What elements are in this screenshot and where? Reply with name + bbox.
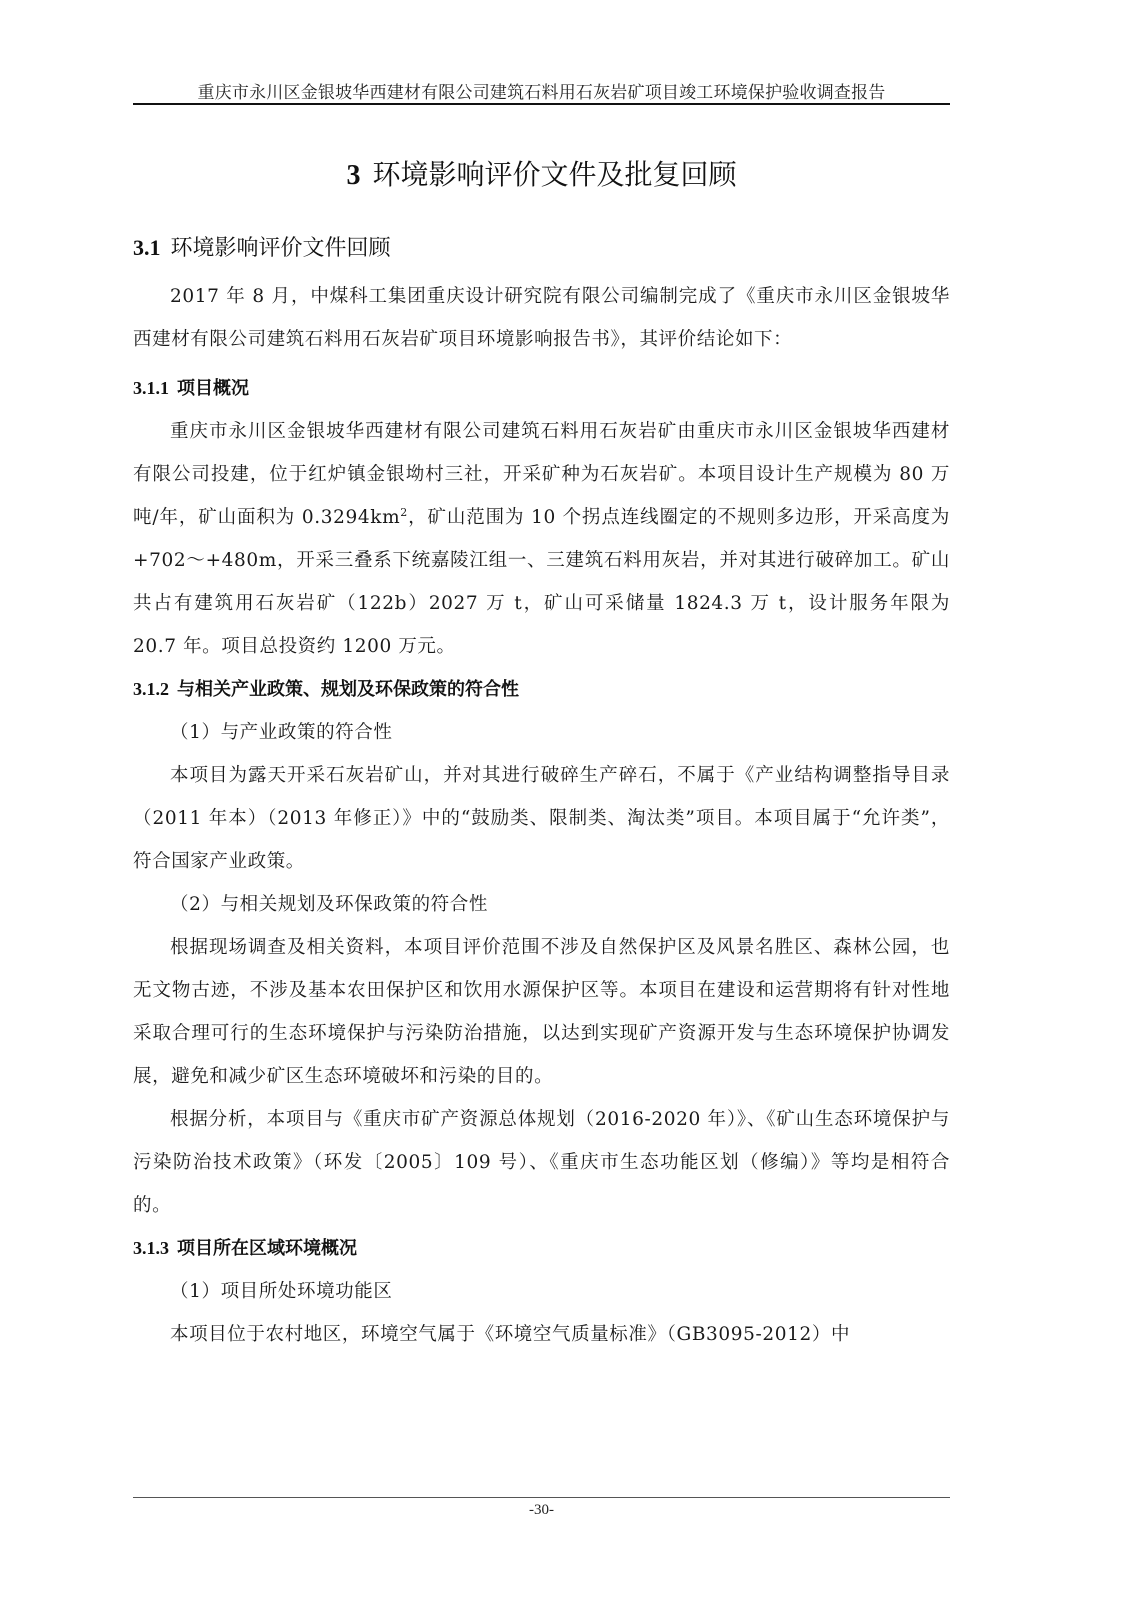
section-3-1-title: 3.1环境影响评价文件回顾 [133, 230, 950, 267]
chapter-title-text: 环境影响评价文件及批复回顾 [372, 158, 736, 191]
header-divider [133, 103, 950, 105]
page-number: -30- [133, 1502, 950, 1519]
subsection-3-1-2-title: 3.1.2与相关产业政策、规划及环保政策的符合性 [133, 668, 950, 711]
subsection-title-text: 项目概况 [177, 378, 249, 399]
running-header: 重庆市永川区金银坡华西建材有限公司建筑石料用石灰岩矿项目竣工环境保护验收调查报告 [133, 78, 950, 103]
industry-policy-label: （1）与产业政策的符合性 [133, 711, 950, 754]
subsection-3-1-3-title: 3.1.3项目所在区域环境概况 [133, 1227, 950, 1270]
section-3-1-intro: 2017 年 8 月，中煤科工集团重庆设计研究院有限公司编制完成了《重庆市永川区… [133, 275, 950, 361]
chapter-number: 3 [346, 160, 360, 191]
environment-zone-label: （1）项目所处环境功能区 [133, 1270, 950, 1313]
subsection-number: 3.1.1 [133, 378, 169, 398]
planning-policy-paragraph-1: 根据现场调查及相关资料，本项目评价范围不涉及自然保护区及风景名胜区、森林公园，也… [133, 926, 950, 1098]
planning-policy-label: （2）与相关规划及环保政策的符合性 [133, 883, 950, 926]
project-overview-paragraph: 重庆市永川区金银坡华西建材有限公司建筑石料用石灰岩矿由重庆市永川区金银坡华西建材… [133, 410, 950, 668]
subsection-title-text: 项目所在区域环境概况 [177, 1238, 357, 1259]
subsection-title-text: 与相关产业政策、规划及环保政策的符合性 [177, 679, 519, 700]
subsection-3-1-1-title: 3.1.1项目概况 [133, 367, 950, 410]
section-title-text: 环境影响评价文件回顾 [171, 236, 391, 261]
subsection-number: 3.1.3 [133, 1238, 169, 1258]
environment-zone-paragraph: 本项目位于农村地区，环境空气属于《环境空气质量标准》（GB3095-2012）中 [133, 1313, 950, 1356]
page-body: 3环境影响评价文件及批复回顾 3.1环境影响评价文件回顾 2017 年 8 月，… [133, 150, 950, 1356]
footer-divider [133, 1497, 950, 1498]
industry-policy-paragraph: 本项目为露天开采石灰岩矿山，并对其进行破碎生产碎石，不属于《产业结构调整指导目录… [133, 754, 950, 883]
chapter-title: 3环境影响评价文件及批复回顾 [133, 150, 950, 200]
section-number: 3.1 [133, 235, 161, 260]
planning-policy-paragraph-2: 根据分析，本项目与《重庆市矿产资源总体规划（2016-2020 年）》、《矿山生… [133, 1098, 950, 1227]
subsection-number: 3.1.2 [133, 679, 169, 699]
superscript-2: 2 [400, 506, 408, 519]
overview-text-b: ，矿山范围为 10 个拐点连线圈定的不规则多边形，开采高度为+702～+480m… [133, 507, 950, 657]
